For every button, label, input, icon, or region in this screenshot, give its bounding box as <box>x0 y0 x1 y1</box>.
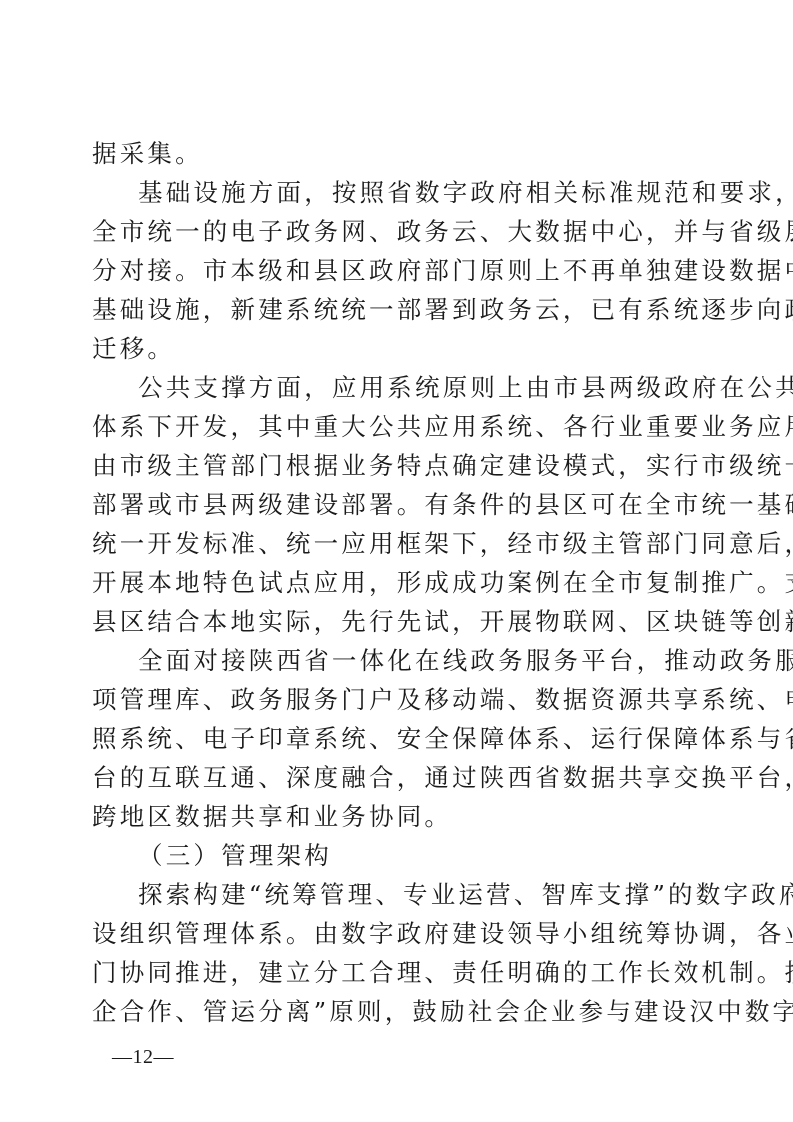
text-line: 项管理库、政务服务门户及移动端、数据资源共享系统、电子证 <box>92 683 702 717</box>
text-line: 据采集。 <box>92 137 203 171</box>
paragraph-first-line: 基础设施方面，按照省数字政府相关标准规范和要求，建设 <box>138 176 702 210</box>
text-line: 部署或市县两级建设部署。有条件的县区可在全市统一基础平台、 <box>92 488 702 522</box>
text-line: 开展本地特色试点应用，形成成功案例在全市复制推广。支持各 <box>92 566 702 600</box>
text-line: 迁移。 <box>92 332 175 366</box>
text-line: 设组织管理体系。由数字政府建设领导小组统筹协调，各业务部 <box>92 917 702 951</box>
text-line: 统一开发标准、统一应用框架下，经市级主管部门同意后，探索 <box>92 527 702 561</box>
text-line: 照系统、电子印章系统、安全保障体系、运行保障体系与省级平 <box>92 722 702 756</box>
text-line: 跨地区数据共享和业务协同。 <box>92 800 452 834</box>
text-line: 分对接。市本级和县区政府部门原则上不再单独建设数据中心等 <box>92 254 702 288</box>
text-line: 门协同推进，建立分工合理、责任明确的工作长效机制。按照“政 <box>92 956 702 990</box>
section-heading: （三）管理架构 <box>138 839 332 873</box>
paragraph-first-line: 公共支撑方面，应用系统原则上由市县两级政府在公共支撑 <box>138 371 702 405</box>
text-line: 台的互联互通、深度融合，通过陕西省数据共享交换平台，实现 <box>92 761 702 795</box>
text-line: 基础设施，新建系统统一部署到政务云，已有系统逐步向政务云 <box>92 293 702 327</box>
paragraph-first-line: 全面对接陕西省一体化在线政务服务平台，推动政务服务事 <box>138 644 702 678</box>
text-line: 全市统一的电子政务网、政务云、大数据中心，并与省级层面充 <box>92 215 702 249</box>
text-line: 体系下开发，其中重大公共应用系统、各行业重要业务应用系统， <box>92 410 702 444</box>
document-page: 据采集。 基础设施方面，按照省数字政府相关标准规范和要求，建设 全市统一的电子政… <box>0 0 793 1122</box>
page-number: —12— <box>112 1045 174 1069</box>
text-line: 企合作、管运分离”原则，鼓励社会企业参与建设汉中数字政府 <box>92 995 702 1029</box>
text-line: 由市级主管部门根据业务特点确定建设模式，实行市级统一建设 <box>92 449 702 483</box>
paragraph-first-line: 探索构建“统筹管理、专业运营、智库支撑”的数字政府建 <box>138 878 702 912</box>
text-line: 县区结合本地实际，先行先试，开展物联网、区块链等创新应用。 <box>92 605 702 639</box>
